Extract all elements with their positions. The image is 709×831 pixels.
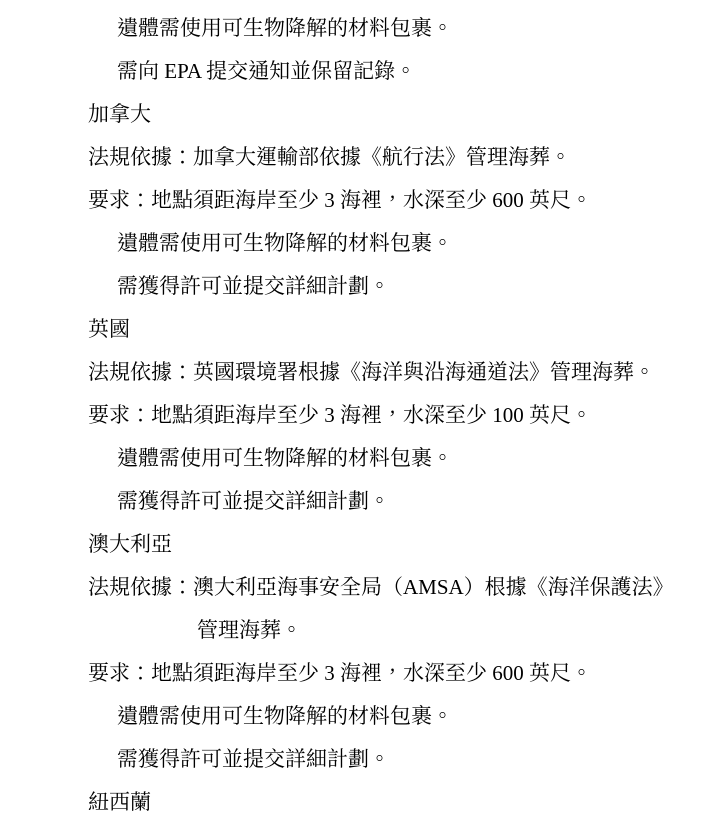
detail-line: 遺體需使用可生物降解的材料包裹。 (0, 437, 709, 480)
country-heading-new-zealand: 紐西蘭 (0, 781, 709, 824)
detail-line: 遺體需使用可生物降解的材料包裹。 (0, 695, 709, 738)
requirement-line: 要求：地點須距海岸至少 3 海裡，水深至少 600 英尺。 (0, 179, 709, 222)
requirement-line: 要求：地點須距海岸至少 3 海裡，水深至少 600 英尺。 (0, 652, 709, 695)
country-heading-canada: 加拿大 (0, 93, 709, 136)
legal-basis-line: 法規依據：澳大利亞海事安全局（AMSA）根據《海洋保護法》 (0, 566, 709, 609)
detail-line: 需獲得許可並提交詳細計劃。 (0, 738, 709, 781)
detail-line: 遺體需使用可生物降解的材料包裹。 (0, 222, 709, 265)
legal-basis-continuation: 管理海葬。 (0, 609, 709, 652)
detail-line: 需獲得許可並提交詳細計劃。 (0, 265, 709, 308)
legal-basis-line: 法規依據：英國環境署根據《海洋與沿海通道法》管理海葬。 (0, 351, 709, 394)
legal-basis-line: 法規依據：加拿大運輸部依據《航行法》管理海葬。 (0, 136, 709, 179)
requirement-line: 要求：地點須距海岸至少 3 海裡，水深至少 100 英尺。 (0, 394, 709, 437)
document-page: 遺體需使用可生物降解的材料包裹。 需向 EPA 提交通知並保留記錄。 加拿大 法… (0, 0, 709, 831)
country-heading-australia: 澳大利亞 (0, 523, 709, 566)
detail-line: 遺體需使用可生物降解的材料包裹。 (0, 7, 709, 50)
detail-line: 需向 EPA 提交通知並保留記錄。 (0, 50, 709, 93)
country-heading-uk: 英國 (0, 308, 709, 351)
detail-line: 需獲得許可並提交詳細計劃。 (0, 480, 709, 523)
